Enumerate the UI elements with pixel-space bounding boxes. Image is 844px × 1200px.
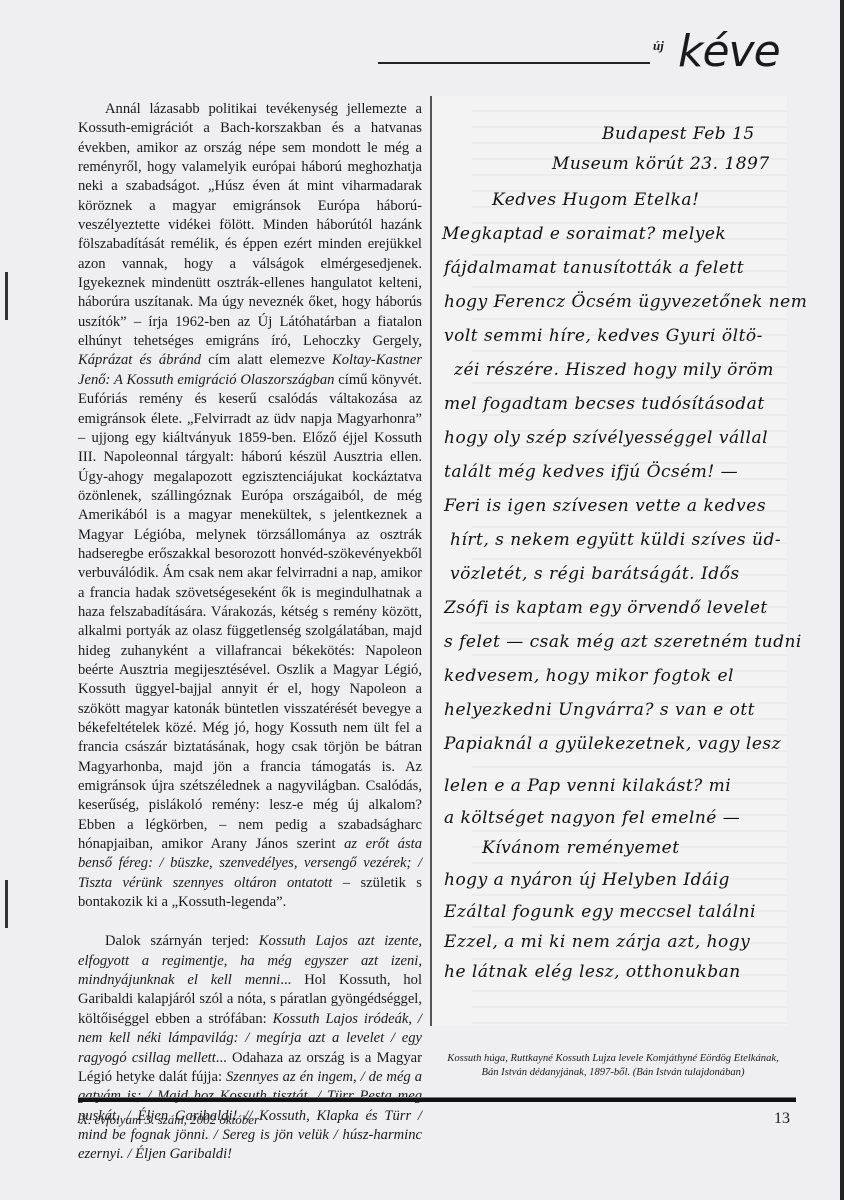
masthead-prefix: új: [653, 38, 664, 54]
handwritten-line: hírt, s nekem együtt küldi szíves üd-: [450, 530, 781, 550]
handwritten-line: volt semmi híre, kedves Gyuri öltö-: [444, 326, 763, 346]
body-text: című könyvét. Eufóriás remény és keserű …: [78, 372, 422, 852]
binding-mark: [5, 880, 8, 928]
handwritten-line: Papiaknál a gyülekezetnek, vagy lesz: [444, 734, 781, 754]
body-text: cím alatt elemezve: [201, 352, 332, 368]
handwritten-line: Ezáltal fogunk egy meccsel találni: [444, 902, 756, 922]
handwritten-line: mel fogadtam becses tudósításodat: [444, 394, 765, 414]
handwritten-line: zéi részére. Hiszed hogy mily öröm: [454, 360, 774, 380]
caption-line-1: Kossuth húga, Ruttkayné Kossuth Lujza le…: [430, 1052, 796, 1066]
masthead-logo: kéve: [678, 30, 780, 74]
letter-facsimile: Budapest Feb 15Museum körút 23. 1897Kedv…: [430, 96, 787, 1026]
body-text: Annál lázasabb politikai tevékenység jel…: [78, 101, 422, 349]
handwritten-line: helyezkedni Ungvárra? s van e ott: [444, 700, 755, 720]
handwritten-line: Budapest Feb 15: [602, 124, 755, 144]
handwritten-line: Museum körút 23. 1897: [552, 154, 770, 174]
body-text: Dalok szárnyán terjed:: [105, 933, 259, 949]
handwritten-line: he látnak elég lesz, otthonukban: [444, 962, 741, 982]
figure-caption: Kossuth húga, Ruttkayné Kossuth Lujza le…: [430, 1052, 796, 1080]
header-rule: [378, 62, 650, 64]
binding-mark: [5, 272, 8, 320]
handwritten-line: kedvesem, hogy mikor fogtok el: [444, 666, 734, 686]
handwritten-line: Kívánom reményemet: [482, 838, 680, 858]
page-edge: [840, 0, 844, 1200]
handwritten-line: hogy oly szép szívélyességgel vállal: [444, 428, 768, 448]
handwritten-line: hogy a nyáron új Helyben Idáig: [444, 870, 730, 890]
handwritten-line: vözletét, s régi barátságát. Idős: [450, 564, 740, 584]
handwritten-line: Feri is igen szívesen vette a kedves: [444, 496, 766, 516]
handwritten-line: Ezzel, a mi ki nem zárja azt, hogy: [444, 932, 750, 952]
handwritten-line: a költséget nagyon fel emelné —: [444, 808, 740, 828]
article-body: Annál lázasabb politikai tevékenység jel…: [78, 100, 422, 1165]
caption-line-2: Bán István dédanyjának, 1897-ből. (Bán I…: [430, 1066, 796, 1080]
issue-info: X. évfolyam 3. szám, 2002 október: [80, 1112, 259, 1128]
handwritten-line: Megkaptad e soraimat? melyek: [442, 224, 726, 244]
handwritten-line: lelen e a Pap venni kilakást? mi: [444, 776, 731, 796]
page-number: 13: [774, 1110, 790, 1128]
quoted-text: Káprázat és ábránd: [78, 352, 201, 368]
handwritten-line: hogy Ferencz Öcsém ügyvezetőnek nem: [444, 292, 807, 312]
handwritten-line: s felet — csak még azt szeretném tudni: [444, 632, 802, 652]
article-paragraph: Annál lázasabb politikai tevékenység jel…: [78, 100, 422, 912]
article-paragraph: Dalok szárnyán terjed: Kossuth Lajos azt…: [78, 932, 422, 1164]
handwritten-line: fájdalmamat tanusították a felett: [444, 258, 744, 278]
footer-rule: [78, 1097, 796, 1102]
handwritten-line: Kedves Hugom Etelka!: [492, 190, 699, 210]
handwritten-line: Zsófi is kaptam egy örvendő levelet: [444, 598, 768, 618]
handwritten-line: talált még kedves ifjú Öcsém! —: [444, 462, 738, 482]
